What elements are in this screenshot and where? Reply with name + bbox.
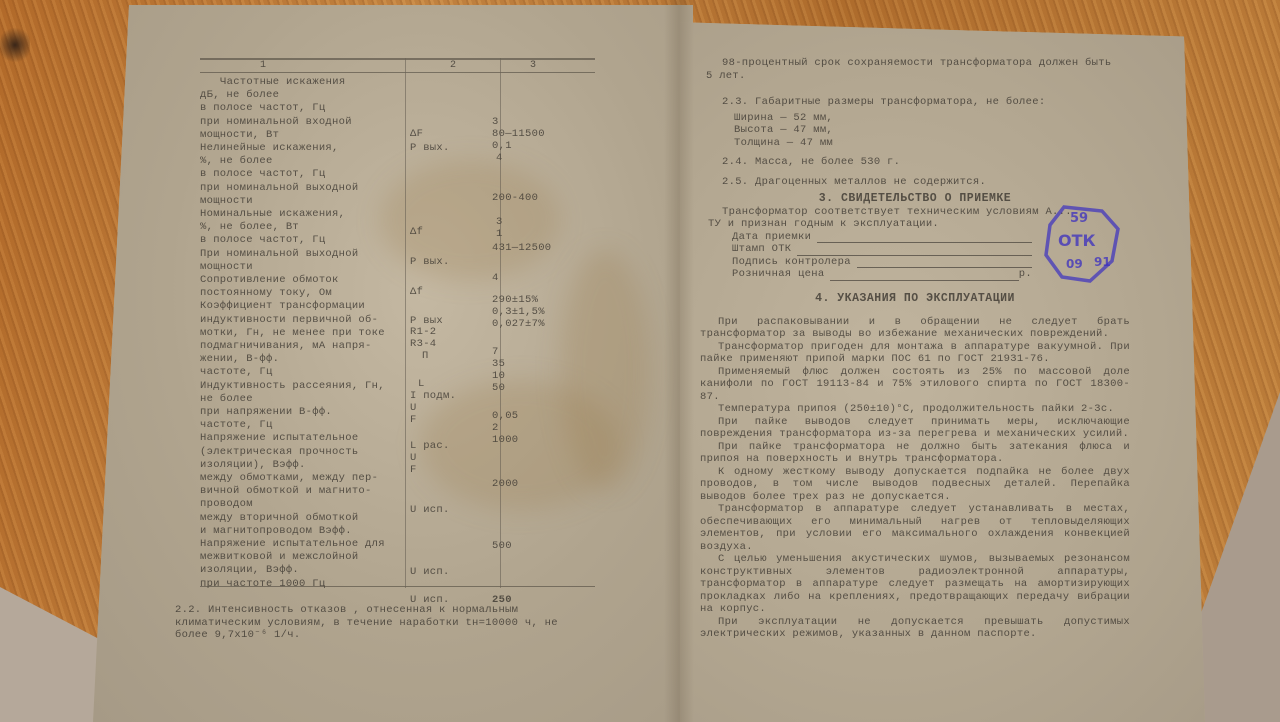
- section-heading: 4. УКАЗАНИЯ ПО ЭКСПЛУАТАЦИИ: [700, 293, 1130, 306]
- table-cell: F: [410, 414, 417, 427]
- table-cell: 3: [496, 216, 503, 229]
- stamp-middle: ОТК: [1058, 231, 1096, 250]
- table-cell: U: [410, 452, 417, 465]
- text-line: 98-процентный срок сохраняемости трансфо…: [700, 57, 1130, 70]
- table-cell: частоте, Гц: [200, 419, 273, 432]
- table-cell: 10: [492, 370, 505, 383]
- table-cell: Нелинейные искажения,: [200, 142, 339, 155]
- table-cell: изоляции), Вэфф.: [200, 459, 306, 472]
- table-cell: мощности: [200, 195, 253, 208]
- table-cell: %, не более: [200, 155, 273, 168]
- table-cell: 80—11500: [492, 128, 545, 141]
- instruction-paragraph: При распаковывании и в обращении не след…: [700, 316, 1130, 341]
- table-cell: при частоте 1000 Гц: [200, 578, 325, 591]
- instruction-paragraph: К одному жесткому выводу допускается под…: [700, 466, 1130, 504]
- instructions-paragraphs: При распаковывании и в обращении не след…: [700, 316, 1130, 641]
- table-cell: R1-2: [410, 326, 436, 339]
- table-cell: 1000: [492, 434, 518, 447]
- shelf-life-text: 98-процентный срок сохраняемости трансфо…: [700, 57, 1130, 82]
- field-blank-line: [817, 232, 1032, 243]
- table-cell: 0,027±7%: [492, 318, 545, 331]
- table-cell: 50: [492, 382, 505, 395]
- table-cell: жении, В-фф.: [200, 353, 279, 366]
- table-cell: изоляции, Вэфф.: [200, 564, 299, 577]
- table-cell: при напряжении В-фф.: [200, 406, 332, 419]
- mass-line: 2.4. Масса, не более 530 г.: [700, 156, 1130, 169]
- table-cell: P вых.: [410, 142, 450, 155]
- table-cell: между вторичной обмоткой: [200, 512, 358, 525]
- table-cell: дБ, не более: [200, 89, 279, 102]
- table-cell: мощности: [200, 261, 253, 274]
- table-cell: 7: [492, 346, 499, 359]
- table-cell: П: [422, 350, 429, 363]
- precious-metals-line: 2.5. Драгоценных металлов не содержится.: [700, 176, 1130, 189]
- table-cell: в полосе частот, Гц: [200, 102, 325, 115]
- table-cell: Индуктивность рассеяния, Гн,: [200, 380, 385, 393]
- table-cell: I подм.: [410, 390, 456, 403]
- instruction-paragraph: При пайке выводов следует принимать меры…: [700, 416, 1130, 441]
- acceptance-field: Розничная ценар.: [732, 268, 1032, 281]
- instruction-paragraph: При эксплуатации не допускается превышат…: [700, 616, 1130, 641]
- field-suffix: р.: [1019, 268, 1032, 281]
- table-cell: в полосе частот, Гц: [200, 168, 325, 181]
- table-cell: ΔF: [410, 128, 423, 141]
- table-cell: Δf: [410, 226, 423, 239]
- dimension-row: Толщина — 47 мм: [734, 137, 1130, 150]
- table-cell: (электрическая прочность: [200, 446, 358, 459]
- section-operating-instructions: 4. УКАЗАНИЯ ПО ЭКСПЛУАТАЦИИ При распаков…: [700, 293, 1130, 641]
- field-label: Дата приемки: [732, 231, 811, 244]
- table-cell: R3-4: [410, 338, 436, 351]
- table-cell: 200-400: [492, 192, 538, 205]
- acceptance-field: Подпись контролера: [732, 256, 1032, 269]
- table-header-2: 2: [450, 60, 456, 73]
- table-cell: вичной обмоткой и магнито-: [200, 485, 372, 498]
- table-cell: Коэффициент трансформации: [200, 300, 365, 313]
- text-line: 5 лет.: [700, 70, 1130, 83]
- table-cell: U исп.: [410, 504, 450, 517]
- instruction-paragraph: Температура припоя (250±10)°С, продолжит…: [700, 403, 1130, 416]
- reliability-footnote: 2.2. Интенсивность отказов , отнесенная …: [175, 604, 595, 642]
- stamp-bottom-right: 91: [1094, 255, 1111, 269]
- dimension-row: Высота — 47 мм,: [734, 124, 1130, 137]
- field-blank-line: [857, 257, 1032, 268]
- table-cell: 0,05: [492, 410, 518, 423]
- table-cell: подмагничивания, мА напря-: [200, 340, 372, 353]
- booklet-spine-fold: [664, 0, 694, 722]
- field-blank-line: [797, 245, 1032, 256]
- table-cell: U: [410, 402, 417, 415]
- table-cell: Номинальные искажения,: [200, 208, 345, 221]
- table-header-3: 3: [530, 60, 536, 73]
- otk-inspection-stamp: 59 ОТК 09 91: [1040, 203, 1122, 285]
- table-cell: 1: [496, 228, 503, 241]
- dark-object-corner: [0, 25, 30, 65]
- table-cell: частоте, Гц: [200, 366, 273, 379]
- table-cell: L: [418, 378, 425, 391]
- table-cell: мощности, Вт: [200, 129, 279, 142]
- parameters-table: 1 2 3 Частотные искажениядБ, не болеев п…: [200, 58, 595, 588]
- table-cell: 2: [492, 422, 499, 435]
- dimensions-list: Ширина — 52 мм,Высота — 47 мм,Толщина — …: [700, 112, 1130, 150]
- table-cell: проводом: [200, 498, 253, 511]
- table-cell: при номинальной входной: [200, 116, 352, 129]
- table-cell: P вых.: [410, 256, 450, 269]
- instruction-paragraph: Применяемый флюс должен состоять из 25% …: [700, 366, 1130, 404]
- table-cell: и магнитопроводом Вэфф.: [200, 525, 352, 538]
- table-cell: индуктивности первичной об-: [200, 314, 378, 327]
- table-cell: F: [410, 464, 417, 477]
- instruction-paragraph: Трансформатор в аппаратуре следует устан…: [700, 503, 1130, 553]
- table-cell: U исп.: [410, 566, 450, 579]
- acceptance-field: Дата приемки: [732, 231, 1032, 244]
- table-cell: в полосе частот, Гц: [200, 234, 325, 247]
- table-cell: 500: [492, 540, 512, 553]
- table-cell: L рас.: [410, 440, 450, 453]
- table-cell: Δf: [410, 286, 423, 299]
- table-cell: Напряжение испытательное: [200, 432, 358, 445]
- stamp-top: 59: [1070, 211, 1088, 226]
- table-cell: %, не более, Вт: [200, 221, 299, 234]
- table-cell: 2000: [492, 478, 518, 491]
- table-cell: Частотные искажения: [220, 76, 345, 89]
- table-col-divider: [405, 58, 406, 588]
- table-header-1: 1: [260, 60, 266, 73]
- acceptance-field: Штамп ОТК: [732, 243, 1032, 256]
- table-cell: межвитковой и межслойной: [200, 551, 358, 564]
- table-cell: постоянному току, Ом: [200, 287, 332, 300]
- table-cell: не более: [200, 393, 253, 406]
- stamp-bottom-left: 09: [1066, 257, 1083, 271]
- table-cell: 290±15%: [492, 294, 538, 307]
- table-cell: при номинальной выходной: [200, 182, 358, 195]
- table-cell: 35: [492, 358, 505, 371]
- table-cell: между обмотками, между пер-: [200, 472, 378, 485]
- instruction-paragraph: С целью уменьшения акустических шумов, в…: [700, 553, 1130, 616]
- field-label: Розничная цена: [732, 268, 824, 281]
- table-cell: 4: [492, 272, 499, 285]
- field-blank-line: [830, 270, 1018, 281]
- table-cell: Сопротивление обмоток: [200, 274, 339, 287]
- table-cell: 0,1: [492, 140, 512, 153]
- instruction-paragraph: Трансформатор пригоден для монтажа в апп…: [700, 341, 1130, 366]
- acceptance-fields: Дата приемкиШтамп ОТКПодпись контролераР…: [700, 231, 1032, 281]
- field-label: Подпись контролера: [732, 256, 851, 269]
- table-cell: Напряжение испытательное для: [200, 538, 385, 551]
- field-label: Штамп ОТК: [732, 243, 791, 256]
- section-dimensions: 2.3. Габаритные размеры трансформатора, …: [700, 96, 1130, 188]
- table-cell: 431—12500: [492, 242, 551, 255]
- table-cell: 3: [492, 116, 499, 129]
- table-cell: мотки, Гн, не менее при токе: [200, 327, 385, 340]
- table-cell: 4: [496, 152, 503, 165]
- table-cell: При номинальной выходной: [200, 248, 358, 261]
- dimension-row: Ширина — 52 мм,: [734, 112, 1130, 125]
- instruction-paragraph: При пайке трансформатора не должно быть …: [700, 441, 1130, 466]
- section-title: 2.3. Габаритные размеры трансформатора, …: [700, 96, 1130, 109]
- table-cell: 0,3±1,5%: [492, 306, 545, 319]
